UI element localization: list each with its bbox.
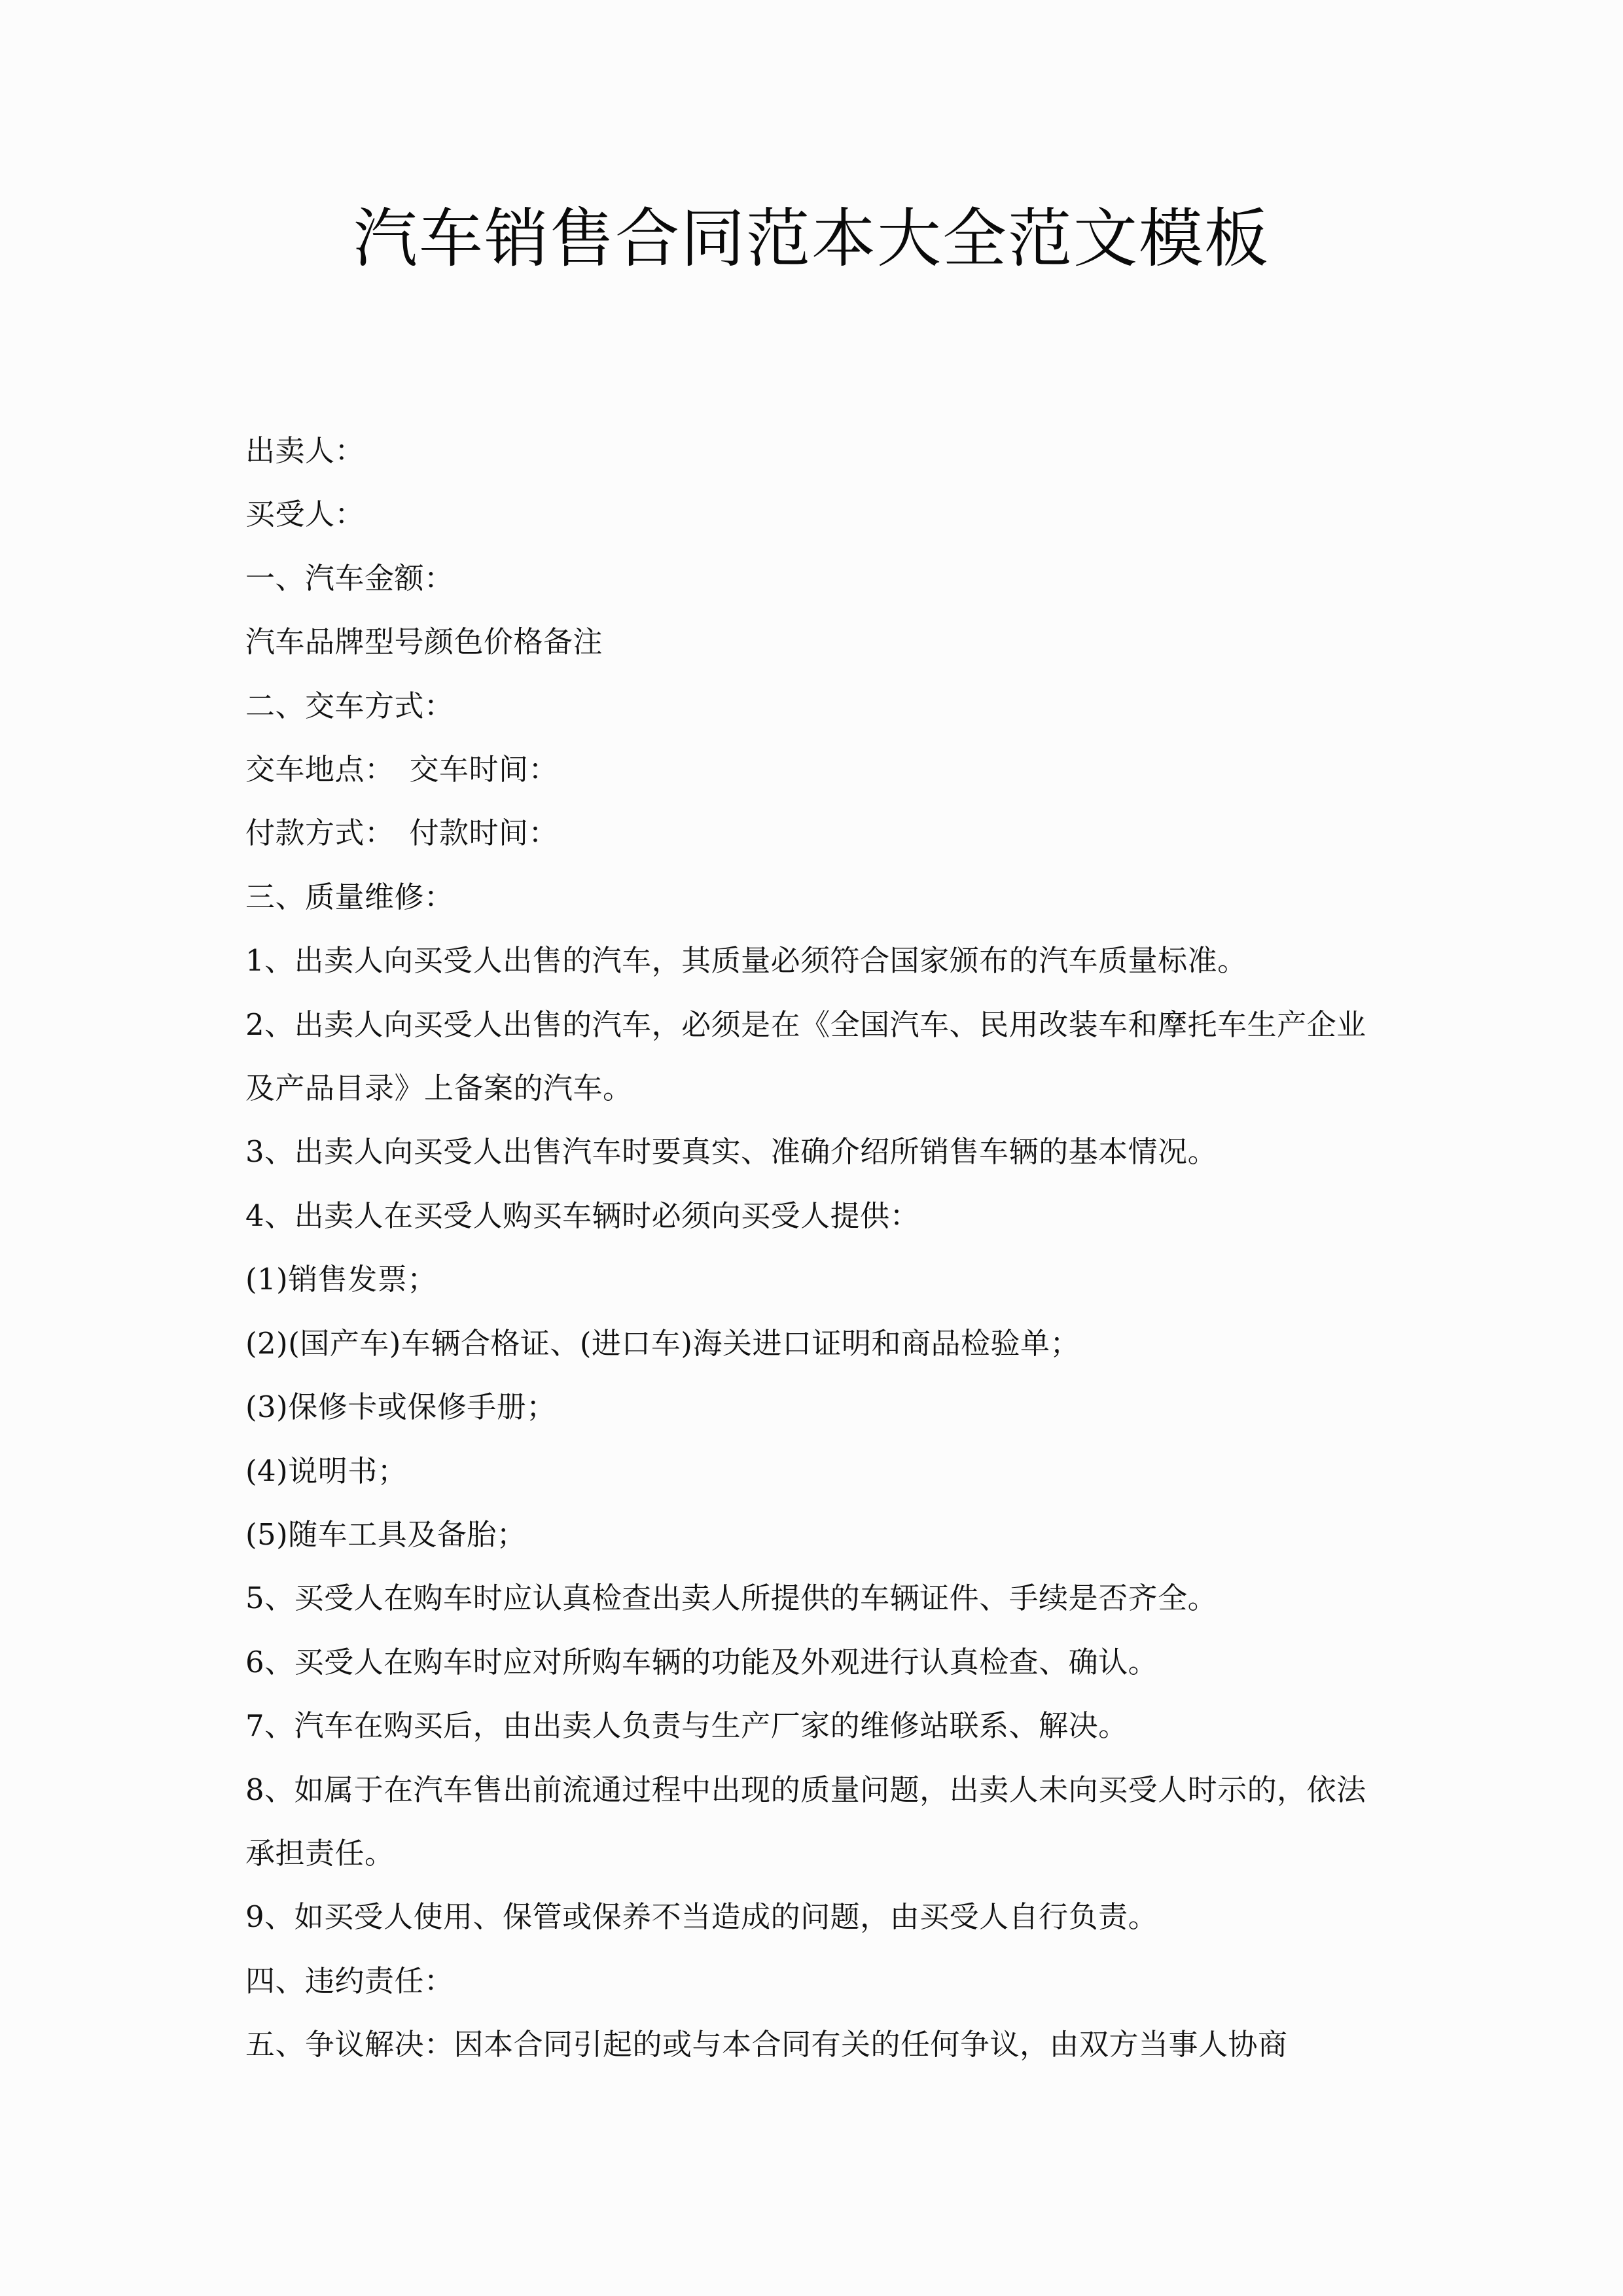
clause-2: 2、出卖人向买受人出售的汽车，必须是在《全国汽车、民用改装车和摩托车生产企业及产… xyxy=(245,993,1384,1121)
section-heading-quality-repair: 三、质量维修： xyxy=(245,865,1384,929)
payment-method-time: 付款方式： 付款时间： xyxy=(245,801,1384,865)
document-body: 出卖人： 买受人： 一、汽车金额： 汽车品牌型号颜色价格备注 二、交车方式： 交… xyxy=(245,419,1384,2077)
delivery-place-time: 交车地点： 交车时间： xyxy=(245,738,1384,801)
seller-line: 出卖人： xyxy=(245,419,1384,482)
section-dispute-resolution: 五、争议解决：因本合同引起的或与本合同有关的任何争议，由双方当事人协商 xyxy=(245,2013,1384,2076)
clause-4-item-2: (2)(国产车)车辆合格证、(进口车)海关进口证明和商品检验单； xyxy=(245,1312,1384,1375)
document-page: 汽车销售合同范本大全范文模板 出卖人： 买受人： 一、汽车金额： 汽车品牌型号颜… xyxy=(0,0,1623,2296)
clause-6: 6、买受人在购车时应对所购车辆的功能及外观进行认真检查、确认。 xyxy=(245,1630,1384,1694)
clause-5: 5、买受人在购车时应认真检查出卖人所提供的车辆证件、手续是否齐全。 xyxy=(245,1566,1384,1630)
clause-4-item-3: (3)保修卡或保修手册； xyxy=(245,1375,1384,1439)
clause-3: 3、出卖人向买受人出售汽车时要真实、准确介绍所销售车辆的基本情况。 xyxy=(245,1120,1384,1183)
clause-4-item-5: (5)随车工具及备胎； xyxy=(245,1503,1384,1566)
section-heading-car-amount: 一、汽车金额： xyxy=(245,547,1384,610)
clause-1: 1、出卖人向买受人出售的汽车，其质量必须符合国家颁布的汽车质量标准。 xyxy=(245,929,1384,992)
clause-4: 4、出卖人在买受人购买车辆时必须向买受人提供： xyxy=(245,1184,1384,1247)
section-heading-delivery-method: 二、交车方式： xyxy=(245,674,1384,738)
buyer-line: 买受人： xyxy=(245,482,1384,546)
clause-9: 9、如买受人使用、保管或保养不当造成的问题，由买受人自行负责。 xyxy=(245,1885,1384,1948)
clause-7: 7、汽车在购买后，由出卖人负责与生产厂家的维修站联系、解决。 xyxy=(245,1694,1384,1757)
clause-4-item-4: (4)说明书； xyxy=(245,1439,1384,1503)
car-details-header: 汽车品牌型号颜色价格备注 xyxy=(245,610,1384,673)
document-title: 汽车销售合同范本大全范文模板 xyxy=(0,196,1623,281)
clause-4-item-1: (1)销售发票； xyxy=(245,1247,1384,1311)
section-heading-breach-liability: 四、违约责任： xyxy=(245,1949,1384,2013)
clause-8: 8、如属于在汽车售出前流通过程中出现的质量问题，出卖人未向买受人时示的，依法承担… xyxy=(245,1758,1384,1886)
